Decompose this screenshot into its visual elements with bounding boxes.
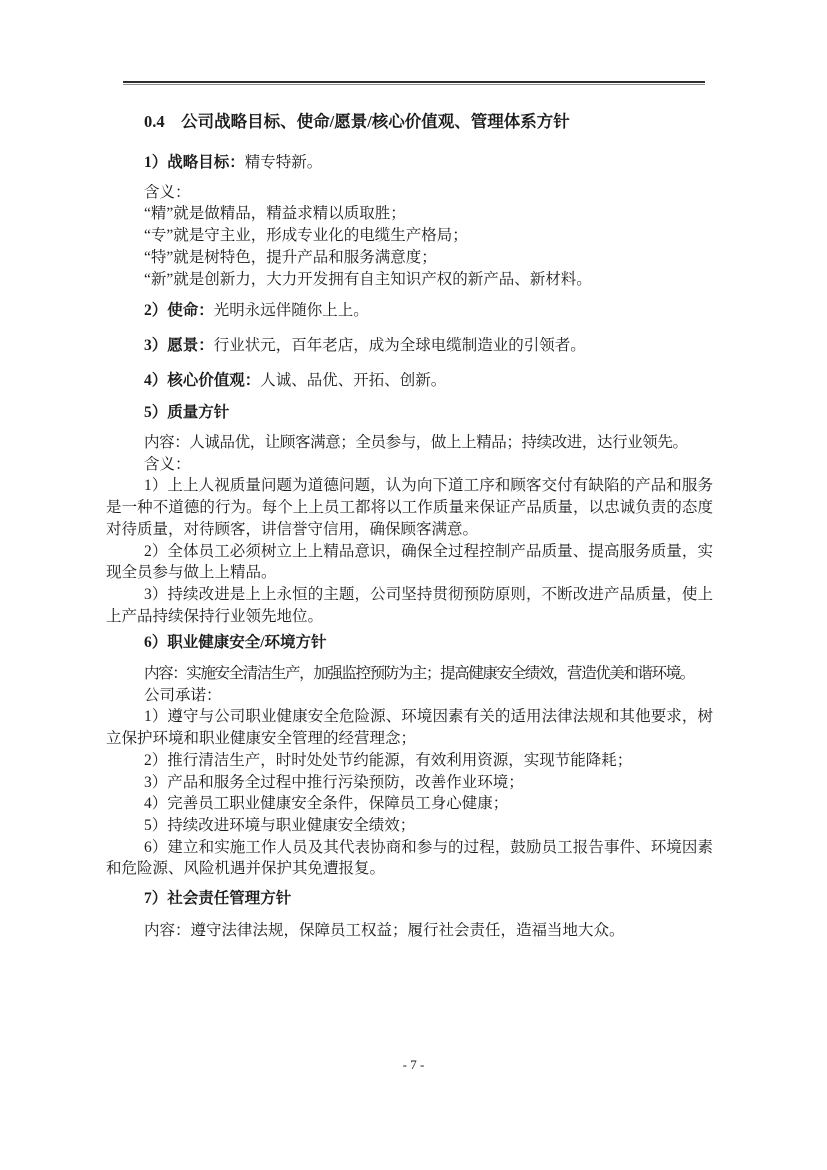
mission-label: 2）使命： xyxy=(144,302,214,319)
ohs-env-policy-block: 内容：实施安全清洁生产，加强监控预防为主；提高健康安全绩效，营造优美和谐环境。 … xyxy=(106,663,713,880)
quality-paragraph: 2）全体员工必须树立上上精品意识，确保全过程控制产品质量、提高服务质量，实现全员… xyxy=(106,541,713,584)
ohs-env-policy-heading: 6）职业健康安全/环境方针 xyxy=(106,632,713,654)
strategy-meaning-line: “新”就是创新力，大力开发拥有自主知识产权的新产品、新材料。 xyxy=(106,269,713,291)
quality-paragraph: 1）上上人视质量问题为道德问题，认为向下道工序和顾客交付有缺陷的产品和服务是一种… xyxy=(106,475,713,540)
strategy-goal-line: 1）战略目标：精专特新。 xyxy=(106,152,713,174)
ohs-env-policy-content: 内容：实施安全清洁生产，加强监控预防为主；提高健康安全绩效，营造优美和谐环境。 xyxy=(106,663,713,685)
mission-value: 光明永远伴随你上上。 xyxy=(214,302,369,319)
quality-policy-block: 内容：人诚品优，让顾客满意；全员参与，做上上精品；持续改进，达行业领先。 含义：… xyxy=(106,432,713,627)
quality-policy-content: 内容：人诚品优，让顾客满意；全员参与，做上上精品；持续改进，达行业领先。 xyxy=(106,432,713,454)
strategy-goal-label: 1）战略目标： xyxy=(144,154,245,171)
strategy-meaning-line: “特”就是树特色，提升产品和服务满意度； xyxy=(106,247,713,269)
core-values-line: 4）核心价值观：人诚、品优、开拓、创新。 xyxy=(106,370,713,392)
section-title: 0.4 公司战略目标、使命/愿景/核心价值观、管理体系方针 xyxy=(106,109,713,135)
document-content: 0.4 公司战略目标、使命/愿景/核心价值观、管理体系方针 1）战略目标：精专特… xyxy=(106,0,713,942)
ohs-commitment: 3）产品和服务全过程中推行污染预防，改善作业环境； xyxy=(106,772,713,794)
quality-paragraph: 3）持续改进是上上永恒的主题，公司坚持贯彻预防原则，不断改进产品质量，使上上产品… xyxy=(106,584,713,627)
strategy-meaning-block: 含义： “精”就是做精品，精益求精以质取胜； “专”就是守主业，形成专业化的电缆… xyxy=(106,182,713,291)
strategy-meaning-line: “专”就是守主业，形成专业化的电缆生产格局； xyxy=(106,225,713,247)
core-values-value: 人诚、品优、开拓、创新。 xyxy=(260,372,446,389)
page-number: - 7 - xyxy=(0,1057,827,1073)
strategy-meaning-line: “精”就是做精品，精益求精以质取胜； xyxy=(106,203,713,225)
quality-policy-heading: 5）质量方针 xyxy=(106,402,713,424)
ohs-commitment-heading: 公司承诺： xyxy=(106,685,713,707)
social-policy-content: 内容：遵守法律法规，保障员工权益；履行社会责任，造福当地大众。 xyxy=(106,920,713,942)
social-policy-heading: 7）社会责任管理方针 xyxy=(106,888,713,910)
strategy-goal-value: 精专特新。 xyxy=(245,154,323,171)
document-page: 0.4 公司战略目标、使命/愿景/核心价值观、管理体系方针 1）战略目标：精专特… xyxy=(0,0,827,1170)
ohs-commitment: 6）建立和实施工作人员及其代表协商和参与的过程，鼓励员工报告事件、环境因素和危险… xyxy=(106,837,713,880)
ohs-commitment: 5）持续改进环境与职业健康安全绩效； xyxy=(106,815,713,837)
strategy-meaning-heading: 含义： xyxy=(106,182,713,204)
vision-value: 行业状元，百年老店，成为全球电缆制造业的引领者。 xyxy=(214,337,586,354)
vision-line: 3）愿景：行业状元，百年老店，成为全球电缆制造业的引领者。 xyxy=(106,335,713,357)
quality-meaning-heading: 含义： xyxy=(106,454,713,476)
ohs-commitment: 2）推行清洁生产，时时处处节约能源，有效利用资源，实现节能降耗； xyxy=(106,750,713,772)
vision-label: 3）愿景： xyxy=(144,337,214,354)
ohs-commitment: 1）遵守与公司职业健康安全危险源、环境因素有关的适用法律法规和其他要求，树立保护… xyxy=(106,706,713,749)
ohs-commitment: 4）完善员工职业健康安全条件，保障员工身心健康； xyxy=(106,793,713,815)
core-values-label: 4）核心价值观： xyxy=(144,372,260,389)
mission-line: 2）使命：光明永远伴随你上上。 xyxy=(106,300,713,322)
